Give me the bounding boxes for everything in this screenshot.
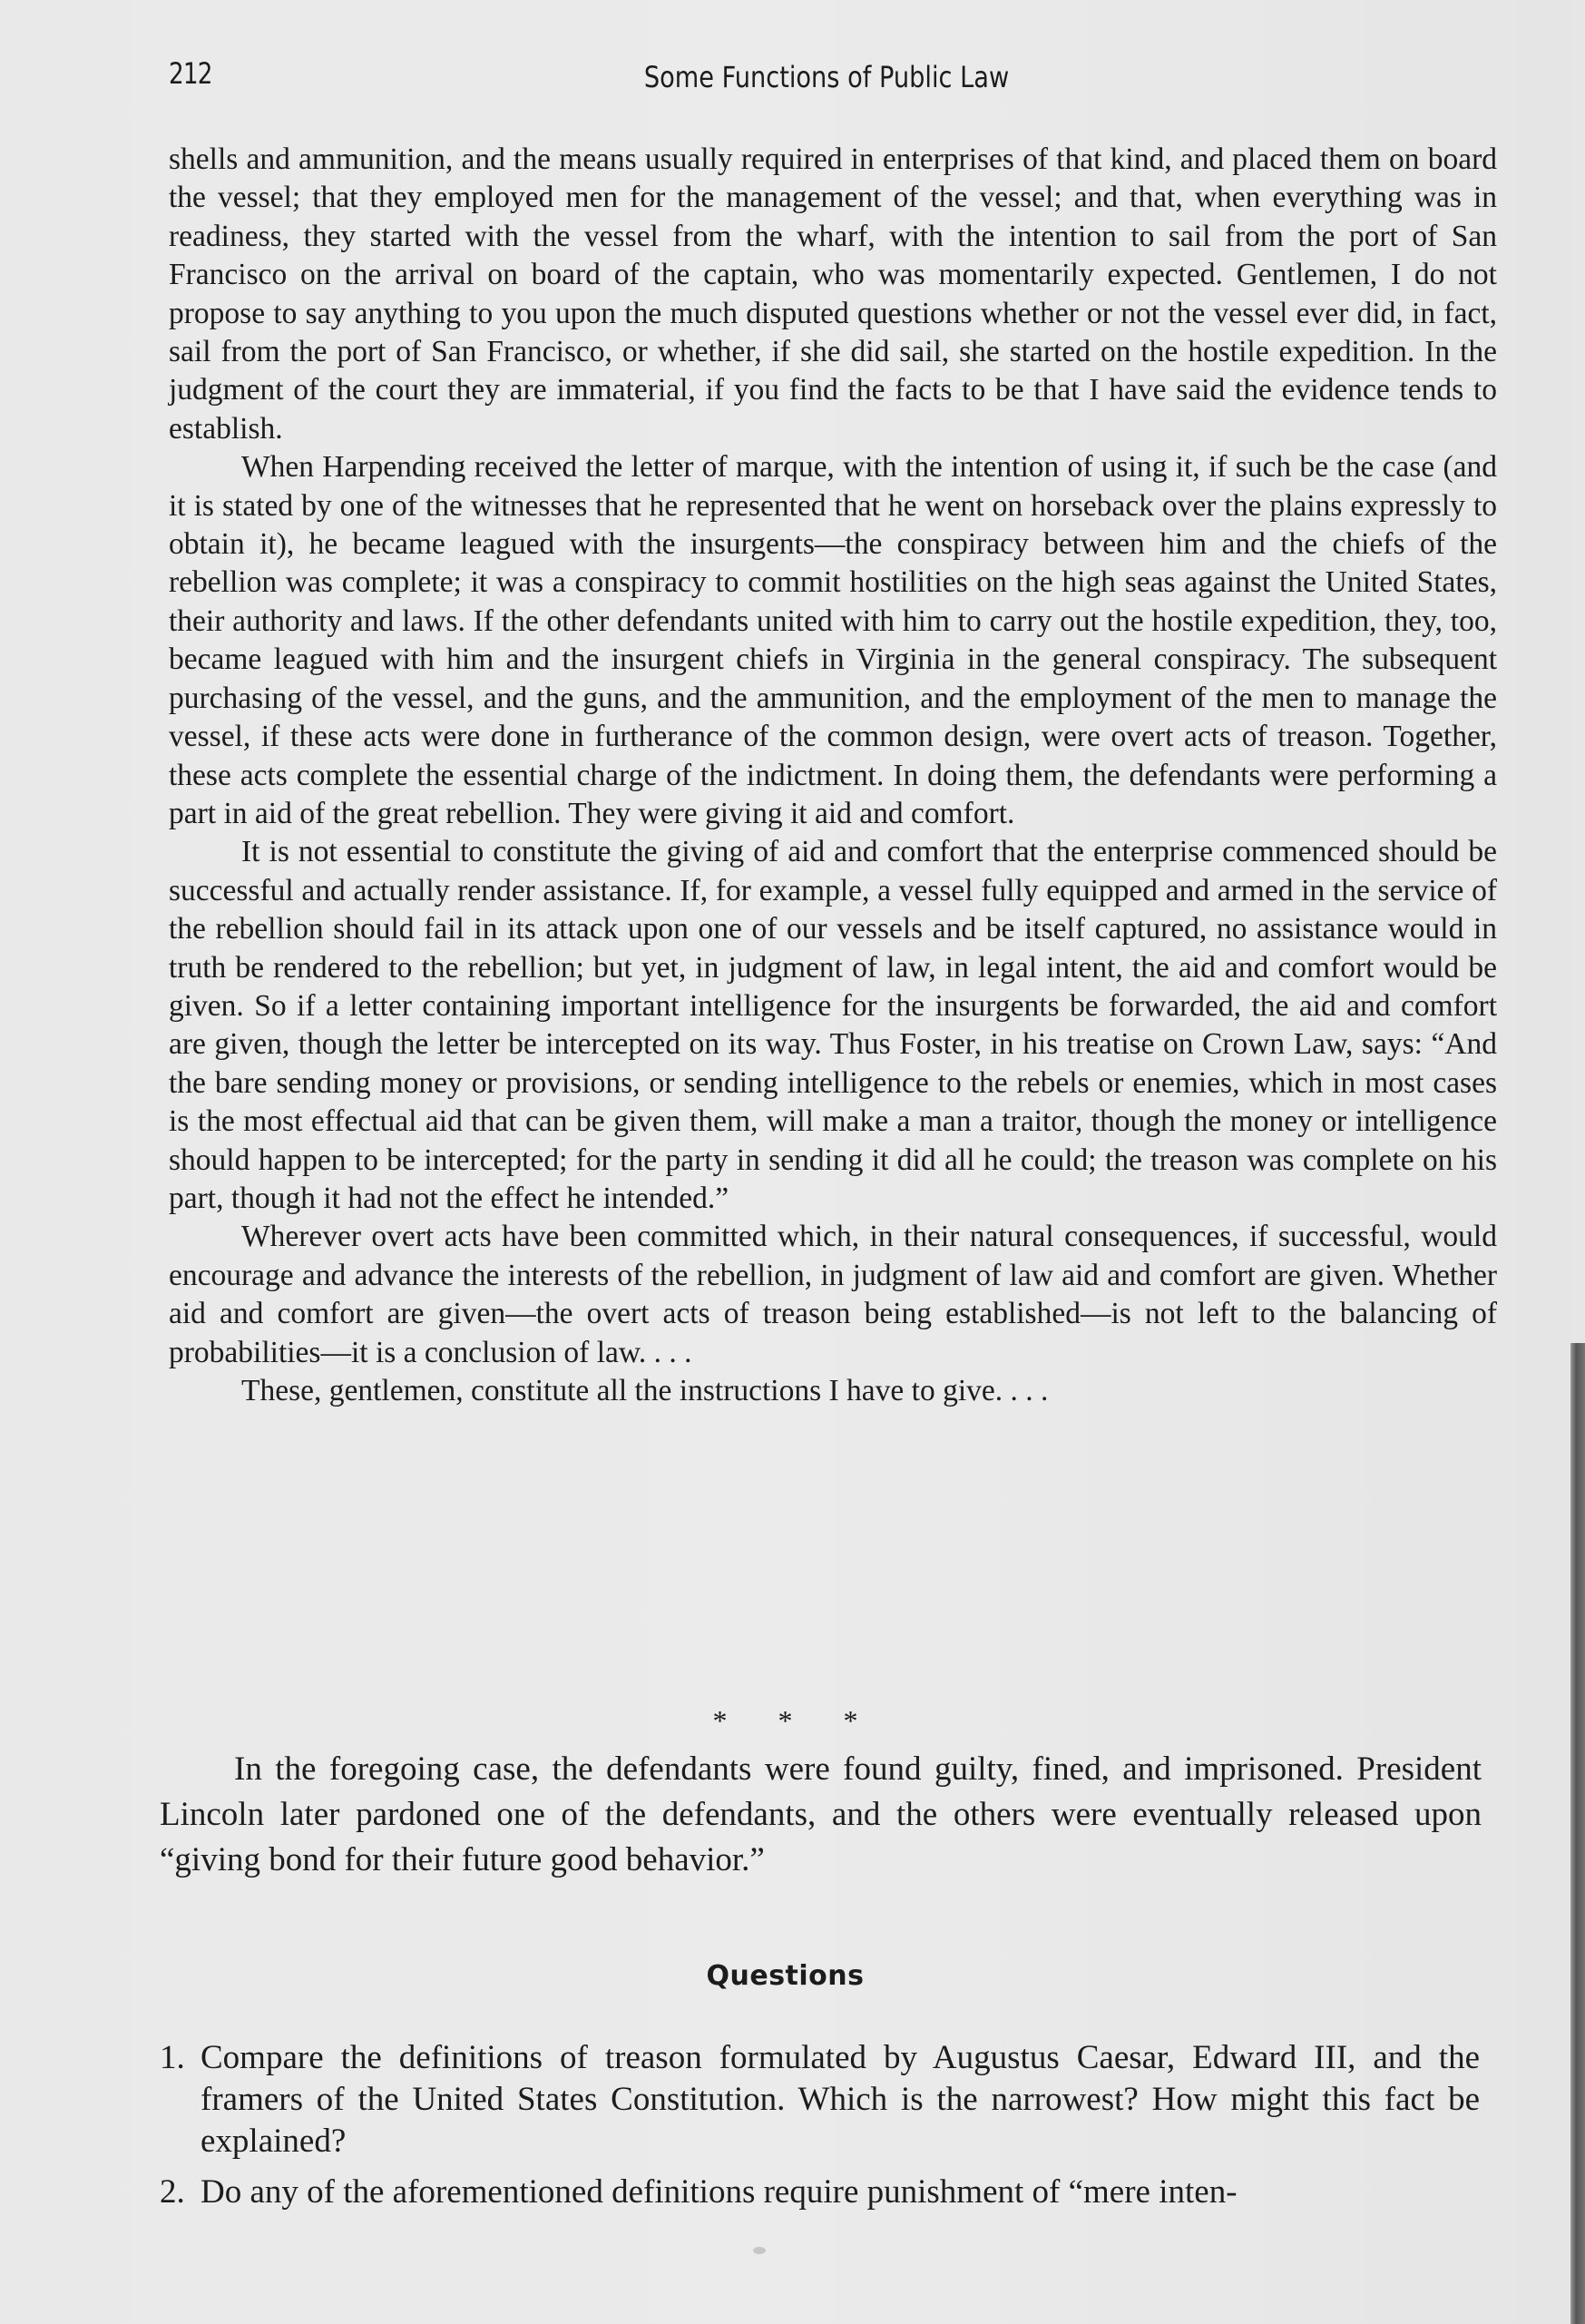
ink-smudge (753, 2247, 766, 2254)
paragraph-3: It is not essential to constitute the gi… (169, 833, 1497, 1218)
question-number: 1. (160, 2037, 185, 2079)
page-edge-shadow (1570, 1343, 1585, 2324)
question-item: 1. Compare the definitions of treason fo… (160, 2037, 1480, 2162)
question-number: 2. (160, 2172, 185, 2213)
running-title: Some Functions of Public Law (268, 60, 1386, 94)
questions-heading: Questions (0, 1960, 1570, 1992)
afterword-paragraph: In the foregoing case, the defendants we… (160, 1747, 1482, 1883)
asterisk-icon: * (713, 1704, 728, 1738)
page-number: 212 (169, 56, 212, 91)
asterisk-icon: * (778, 1704, 793, 1738)
question-text: Do any of the aforementioned definitions… (201, 2173, 1238, 2211)
running-head: 212 Some Functions of Public Law (169, 56, 1484, 102)
paragraph-2: When Harpending received the letter of m… (169, 448, 1497, 833)
questions-list: 1. Compare the definitions of treason fo… (160, 2037, 1480, 2222)
paragraph-1: shells and ammunition, and the means usu… (169, 141, 1497, 448)
afterword: In the foregoing case, the defendants we… (160, 1747, 1482, 1883)
section-separator: * * * (0, 1704, 1570, 1738)
book-page: 212 Some Functions of Public Law shells … (0, 0, 1570, 2324)
question-item: 2. Do any of the aforementioned definiti… (160, 2172, 1480, 2213)
question-text: Compare the definitions of treason formu… (201, 2039, 1480, 2160)
paragraph-5: These, gentlemen, constitute all the ins… (169, 1372, 1497, 1410)
paragraph-4: Wherever overt acts have been committed … (169, 1218, 1497, 1372)
asterisk-icon: * (844, 1704, 858, 1738)
body-text: shells and ammunition, and the means usu… (169, 141, 1497, 1410)
